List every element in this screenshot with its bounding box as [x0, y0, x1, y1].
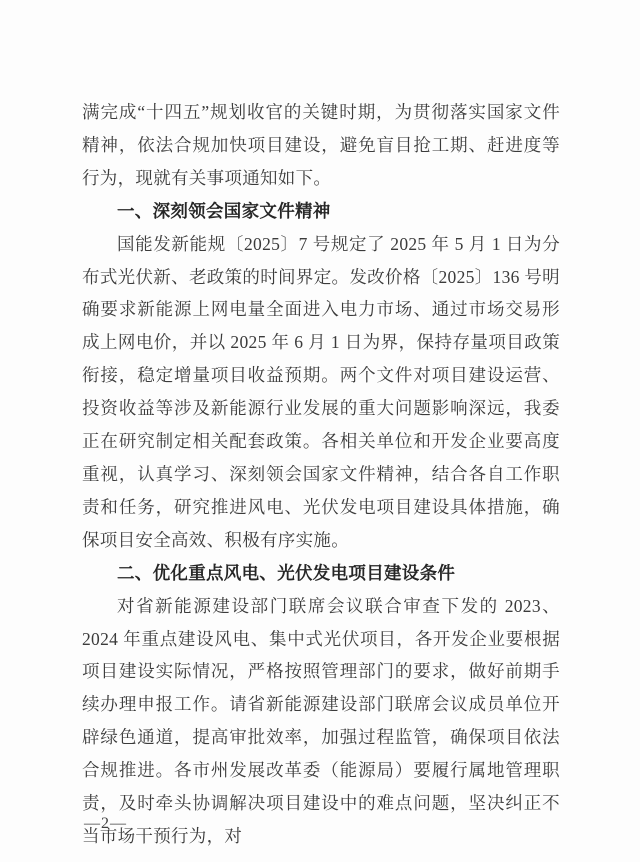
page-number: —2—: [84, 812, 127, 836]
paragraph-section-2: 对省新能源建设部门联席会议联合审查下发的 2023、2024 年重点建设风电、集…: [82, 590, 560, 853]
section-heading-2: 二、优化重点风电、光伏发电项目建设条件: [82, 557, 560, 590]
document-page: 满完成“十四五”规划收官的关键时期，为贯彻落实国家文件精神，依法合规加快项目建设…: [0, 0, 640, 862]
document-body: 满完成“十四五”规划收官的关键时期，为贯彻落实国家文件精神，依法合规加快项目建设…: [82, 96, 560, 853]
paragraph-section-1: 国能发新能规〔2025〕7 号规定了 2025 年 5 月 1 日为分布式光伏新…: [82, 228, 560, 557]
section-heading-1: 一、深刻领会国家文件精神: [82, 195, 560, 228]
paragraph-continuation: 满完成“十四五”规划收官的关键时期，为贯彻落实国家文件精神，依法合规加快项目建设…: [82, 96, 560, 195]
